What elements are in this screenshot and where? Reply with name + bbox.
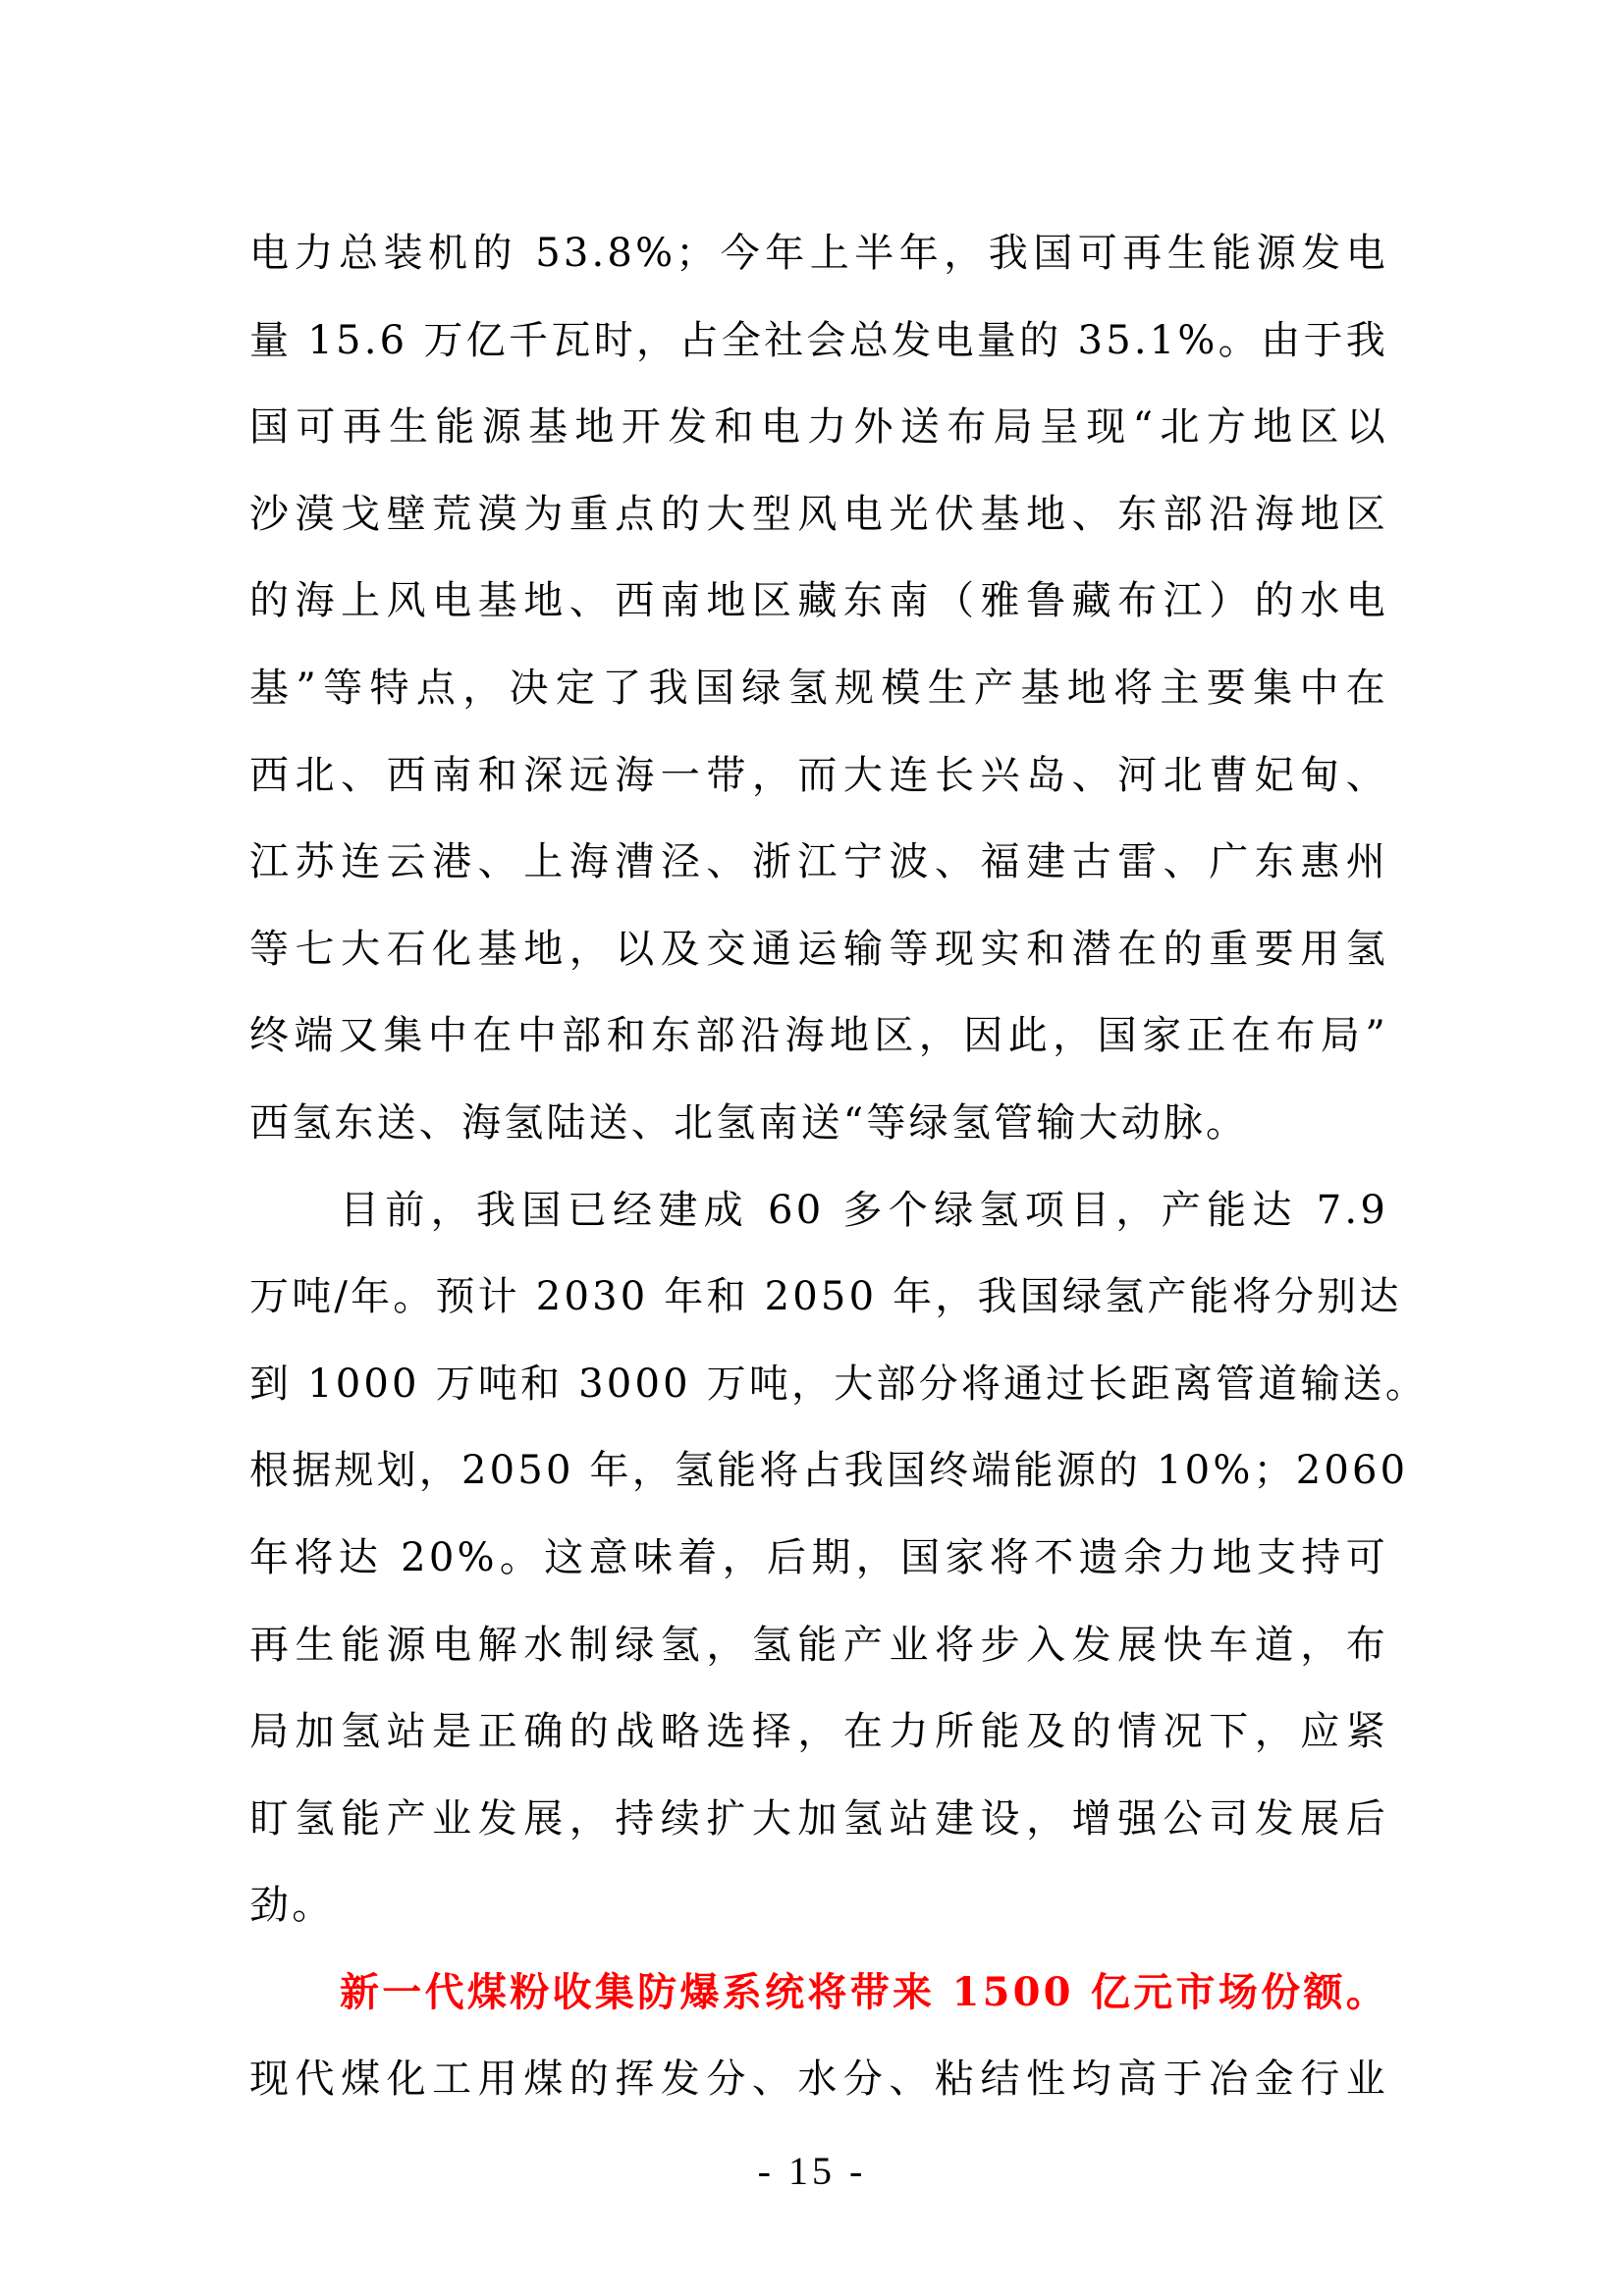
text-line: 局加氢站是正确的战略选择，在力所能及的情况下，应紧 [249, 1688, 1388, 1776]
text-line: 盯氢能产业发展，持续扩大加氢站建设，增强公司发展后 [249, 1776, 1388, 1863]
text-line: 的海上风电基地、西南地区藏东南（雅鲁藏布江）的水电 [249, 558, 1388, 645]
text-line: 量 15.6 万亿千瓦时，占全社会总发电量的 35.1%。由于我 [249, 297, 1388, 385]
text-line: 西北、西南和深远海一带，而大连长兴岛、河北曹妃甸、 [249, 732, 1388, 820]
paragraph-coal-chemical: 现代煤化工用煤的挥发分、水分、粘结性均高于冶金行业 [249, 2036, 1388, 2123]
text-line: 国可再生能源基地开发和电力外送布局呈现“北方地区以 [249, 384, 1388, 471]
text-line: 根据规划，2050 年，氢能将占我国终端能源的 10%；2060 [249, 1427, 1388, 1515]
paragraph-renewable-energy: 电力总装机的 53.8%；今年上半年，我国可再生能源发电 量 15.6 万亿千瓦… [249, 210, 1388, 1167]
text-line: 现代煤化工用煤的挥发分、水分、粘结性均高于冶金行业 [249, 2036, 1388, 2123]
text-line: 基”等特点，决定了我国绿氢规模生产基地将主要集中在 [249, 645, 1388, 732]
text-line: 电力总装机的 53.8%；今年上半年，我国可再生能源发电 [249, 210, 1388, 297]
page-number: - 15 - [0, 2148, 1624, 2194]
text-line: 年将达 20%。这意味着，后期，国家将不遗余力地支持可 [249, 1515, 1388, 1602]
page-body: 电力总装机的 53.8%；今年上半年，我国可再生能源发电 量 15.6 万亿千瓦… [249, 210, 1388, 2123]
text-line: 劲。 [249, 1862, 1388, 1949]
text-line: 到 1000 万吨和 3000 万吨，大部分将通过长距离管道输送。 [249, 1341, 1388, 1428]
text-line: 等七大石化基地，以及交通运输等现实和潜在的重要用氢 [249, 906, 1388, 993]
text-line: 目前，我国已经建成 60 多个绿氢项目，产能达 7.9 [249, 1167, 1388, 1255]
text-line: 江苏连云港、上海漕泾、浙江宁波、福建古雷、广东惠州 [249, 819, 1388, 906]
text-line: 再生能源电解水制绿氢，氢能产业将步入发展快车道，布 [249, 1602, 1388, 1689]
text-line: 西氢东送、海氢陆送、北氢南送“等绿氢管输大动脉。 [249, 1080, 1388, 1167]
text-line: 万吨/年。预计 2030 年和 2050 年，我国绿氢产能将分别达 [249, 1254, 1388, 1341]
paragraph-green-hydrogen: 目前，我国已经建成 60 多个绿氢项目，产能达 7.9 万吨/年。预计 2030… [249, 1167, 1388, 1949]
document-page: 电力总装机的 53.8%；今年上半年，我国可再生能源发电 量 15.6 万亿千瓦… [0, 0, 1624, 2296]
section-heading-coal-dust: 新一代煤粉收集防爆系统将带来 1500 亿元市场份额。 [249, 1949, 1388, 2037]
text-line: 终端又集中在中部和东部沿海地区，因此，国家正在布局” [249, 992, 1388, 1080]
heading-text: 新一代煤粉收集防爆系统将带来 1500 亿元市场份额。 [249, 1949, 1388, 2037]
text-line: 沙漠戈壁荒漠为重点的大型风电光伏基地、东部沿海地区 [249, 471, 1388, 559]
